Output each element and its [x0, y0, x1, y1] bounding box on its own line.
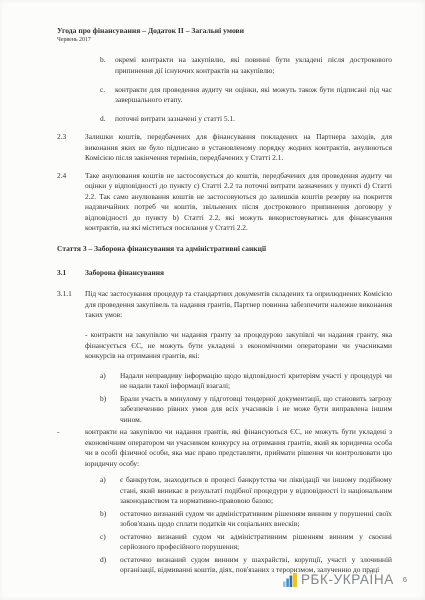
- list-item: b) Брали участь в минулому у підготовці …: [100, 394, 392, 426]
- paragraph-3-1-1: 3.1.1 Під час застосування процедур та с…: [57, 289, 392, 321]
- bullet-text: контракти на закупівлю чи надання гранту…: [85, 330, 392, 360]
- list-item: d. поточні витрати зазначені у статті 5.…: [100, 114, 392, 125]
- page-number: 6: [403, 575, 407, 584]
- subsection-number: 3.1: [57, 268, 85, 277]
- list-item: c. контракти для проведення аудиту чи оц…: [100, 85, 392, 106]
- footer-watermark: РБК-УКРАЇНА 6: [283, 572, 407, 587]
- section-text: Залишки коштів, передбачених для фінансу…: [85, 132, 392, 164]
- list-item-label: c.: [100, 85, 115, 106]
- list-item: b) остаточно визнаний судом чи адміністр…: [100, 509, 392, 530]
- list-item: c) остаточно визнаний судом чи адміністр…: [100, 532, 392, 553]
- document-date: Червень 2017: [57, 37, 392, 43]
- bullet-paragraph-2: - контракти на закупівлю чи надання гран…: [57, 427, 392, 469]
- subsection-title: Заборона фінансування: [85, 268, 164, 277]
- list-item-label: b): [100, 394, 120, 426]
- list-item-text: Надали неправдиву інформацію щодо відпов…: [120, 371, 392, 392]
- bullet-paragraph-1: - контракти на закупівлю чи надання гран…: [85, 330, 392, 362]
- section-2-4: 2.4 Таке анулювання коштів не застосовує…: [57, 171, 392, 234]
- list-item-label: а): [100, 475, 120, 507]
- paragraph-number: 3.1.1: [57, 289, 85, 321]
- list-item-text: остаточно визнаний судом чи адміністрати…: [120, 532, 392, 553]
- list-item-text: є банкрутом, знаходиться в процесі банкр…: [120, 475, 392, 507]
- list-item: b. окремі контракти на закупівлю, які по…: [100, 55, 392, 76]
- list-item-text: контракти для проведення аудиту чи оцінк…: [115, 85, 392, 106]
- list-conditions-2: а) є банкрутом, знаходиться в процесі ба…: [100, 475, 392, 576]
- list-contract-types: b. окремі контракти на закупівлю, які по…: [100, 55, 392, 124]
- bullet-text: контракти на закупівлю чи надання гранті…: [85, 427, 392, 469]
- list-item-text: поточні витрати зазначені у статті 5.1.: [115, 114, 392, 125]
- list-item-label: d.: [100, 114, 115, 125]
- list-item-text: остаточно визнаний судом чи адміністрати…: [120, 509, 392, 530]
- document-page: Угода про фінансування – Додаток ІІ – За…: [0, 0, 425, 600]
- list-item-label: а): [100, 371, 120, 392]
- list-item-label: d): [100, 555, 120, 576]
- article-3-heading: Стаття 3 – Заборона фінансування та адмі…: [57, 244, 392, 254]
- list-conditions-1: а) Надали неправдиву інформацію щодо від…: [100, 371, 392, 426]
- section-number: 2.4: [57, 171, 85, 234]
- list-item-text: Брали участь в минулому у підготовці тен…: [120, 394, 392, 426]
- list-item: а) Надали неправдиву інформацію щодо від…: [100, 371, 392, 392]
- list-item-label: c): [100, 532, 120, 553]
- subsection-3-1: 3.1 Заборона фінансування: [57, 268, 392, 277]
- document-title: Угода про фінансування – Додаток ІІ – За…: [57, 26, 392, 35]
- section-2-3: 2.3 Залишки коштів, передбачених для фін…: [57, 132, 392, 164]
- rbc-ukraine-logo-icon: [283, 573, 297, 587]
- list-item-label: b): [100, 509, 120, 530]
- paragraph-text: Під час застосування процедур та стандар…: [85, 289, 392, 321]
- bullet-dash: -: [57, 427, 85, 469]
- watermark-brand-text: РБК-УКРАЇНА: [301, 572, 394, 587]
- list-item-label: b.: [100, 55, 115, 76]
- bullet-dash: -: [85, 330, 87, 339]
- section-number: 2.3: [57, 132, 85, 164]
- section-text: Таке анулювання коштів не застосовується…: [85, 171, 392, 234]
- list-item-text: окремі контракти на закупівлю, які повин…: [115, 55, 392, 76]
- list-item: а) є банкрутом, знаходиться в процесі ба…: [100, 475, 392, 507]
